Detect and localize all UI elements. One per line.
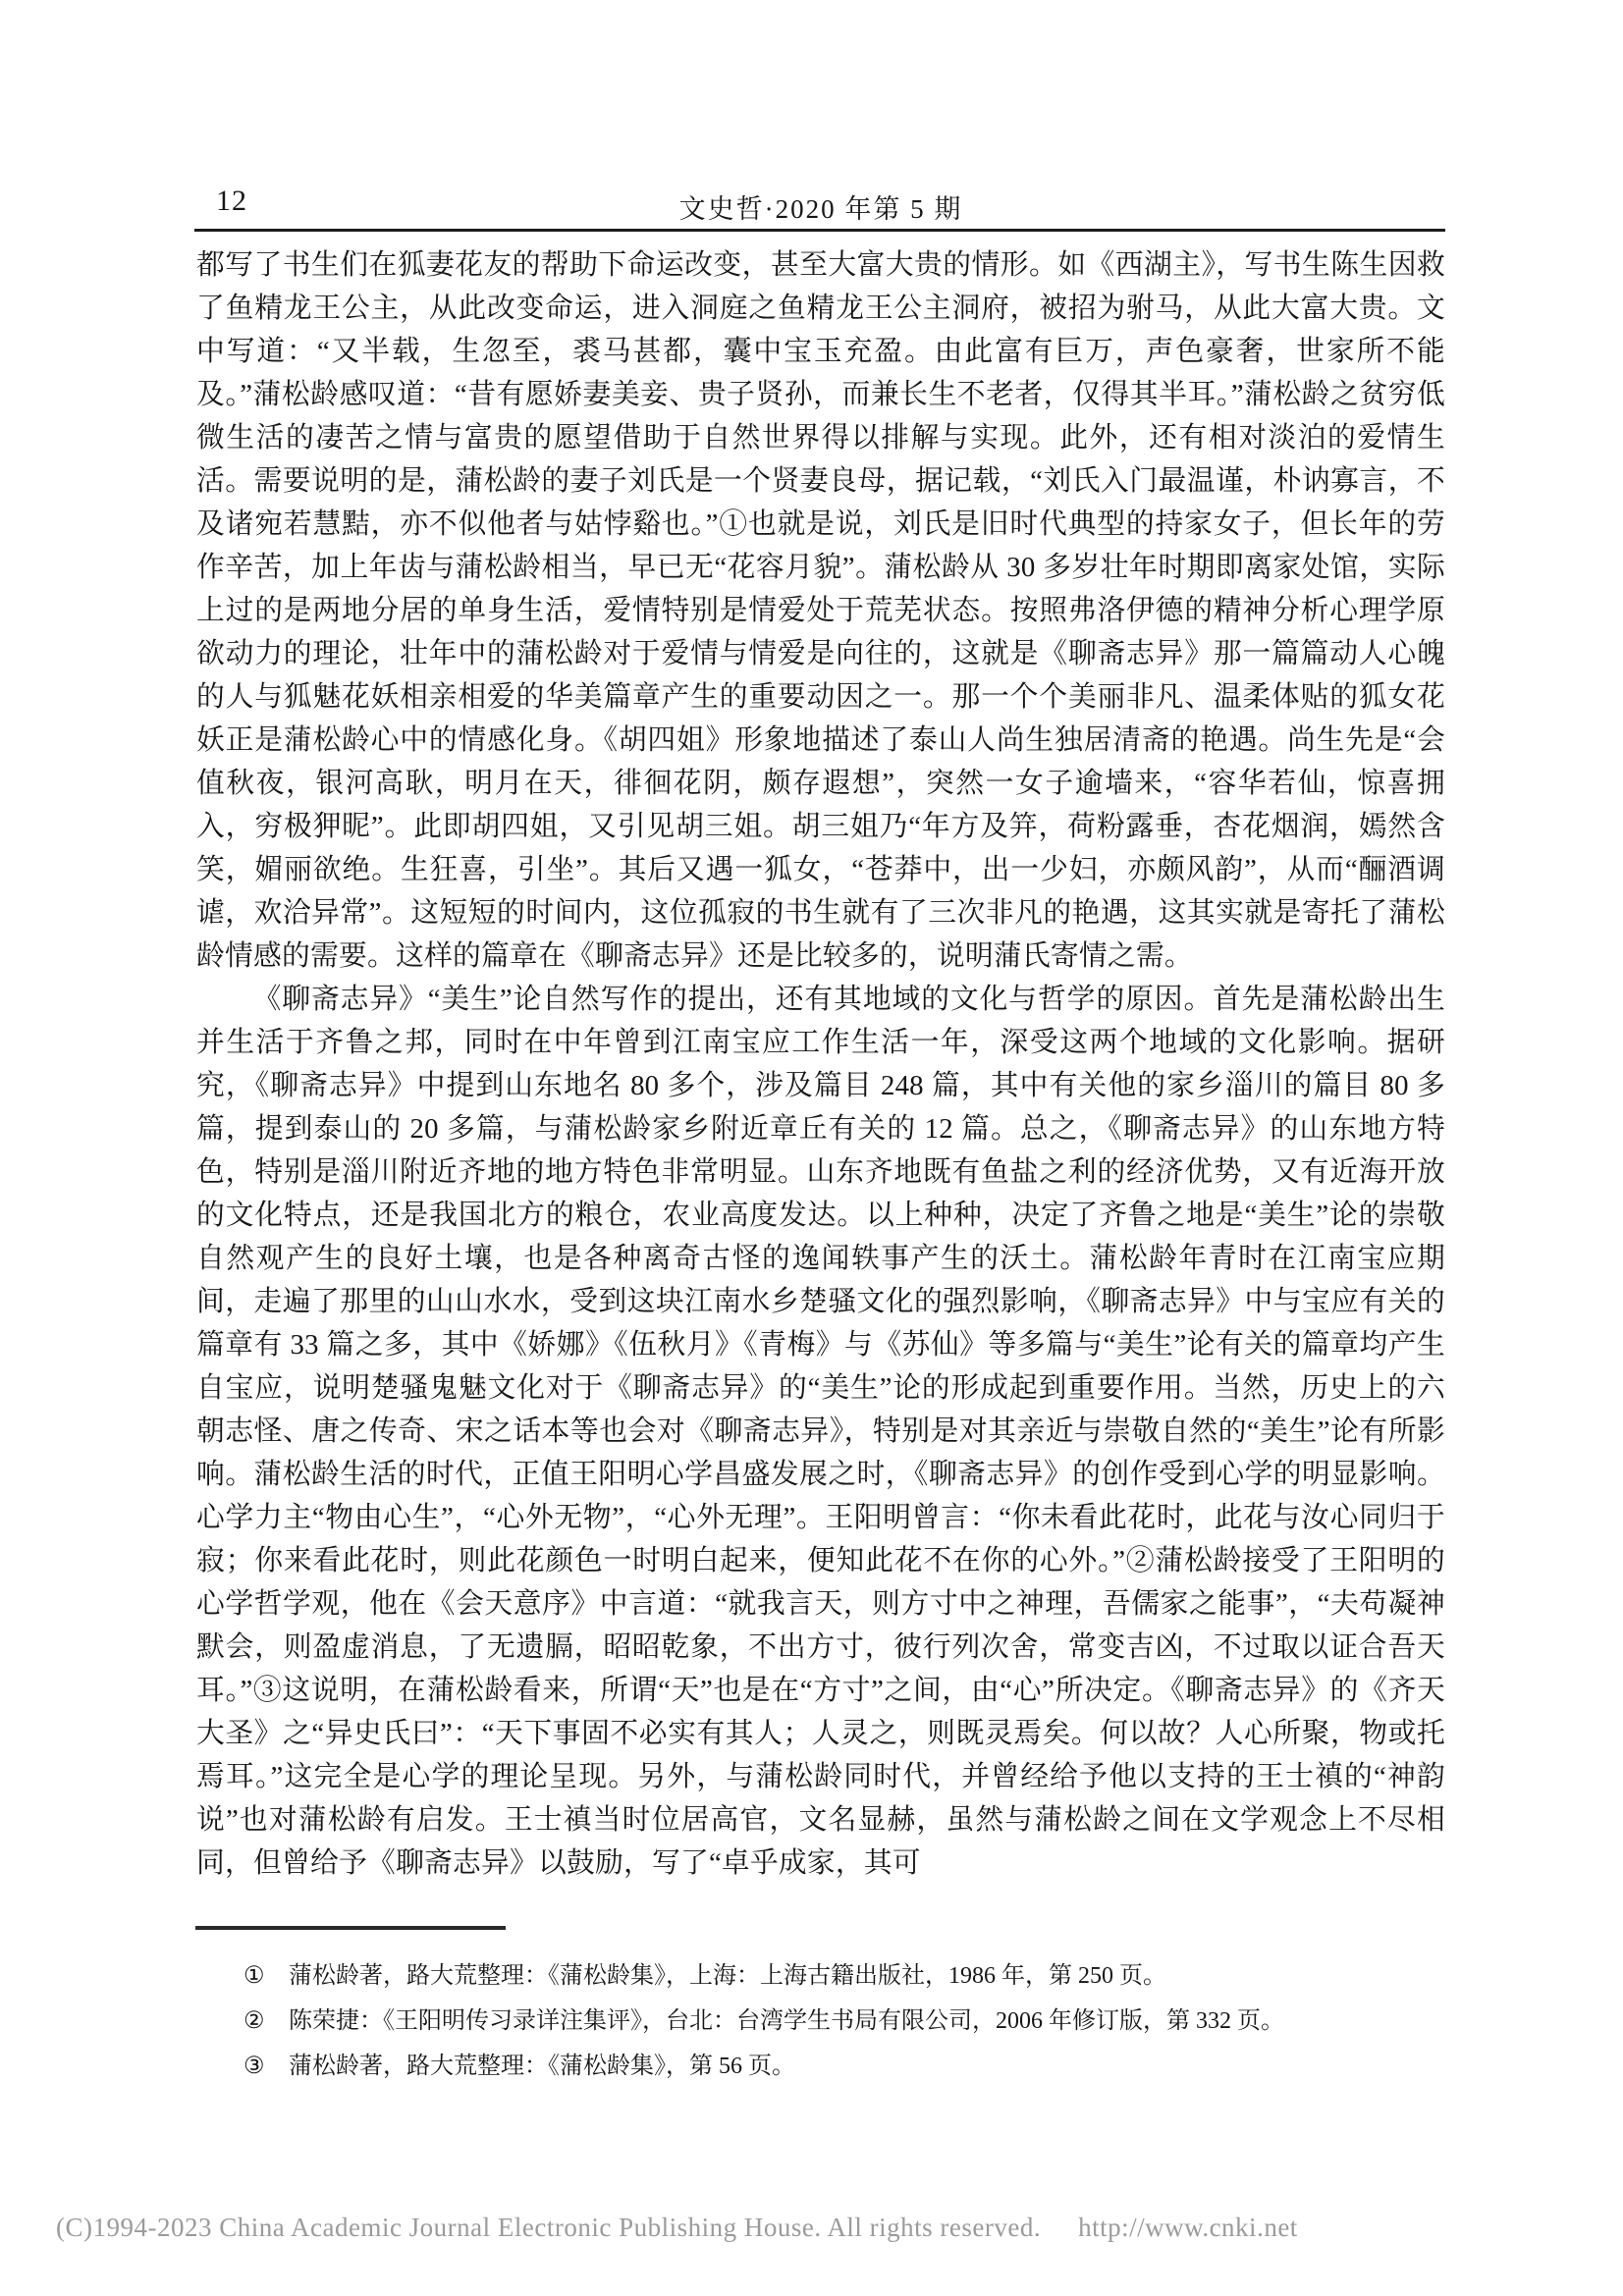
journal-page: 12 文史哲·2020 年第 5 期 都写了书生们在狐妻花友的帮助下命运改变，甚… — [0, 0, 1623, 2296]
footnote-marker: ③ — [243, 2044, 289, 2089]
footnote-list: ① 蒲松龄著，路大荒整理：《蒲松龄集》，上海：上海古籍出版社，1986 年，第 … — [243, 1953, 1402, 2089]
body-paragraph: 都写了书生们在狐妻花友的帮助下命运改变，甚至大富大贵的情形。如《西湖主》，写书生… — [196, 243, 1445, 978]
cnki-copyright-footer: (C)1994-2023 China Academic Journal Elec… — [56, 2213, 1584, 2243]
body-paragraph: 《聊斋志异》“美生”论自然写作的提出，还有其地域的文化与哲学的原因。首先是蒲松龄… — [196, 978, 1445, 1885]
page-header: 12 文史哲·2020 年第 5 期 — [196, 185, 1445, 224]
article-body: 都写了书生们在狐妻花友的帮助下命运改变，甚至大富大贵的情形。如《西湖主》，写书生… — [196, 243, 1445, 1885]
journal-title: 文史哲·2020 年第 5 期 — [196, 187, 1445, 226]
footnote-marker: ① — [243, 1953, 289, 1999]
footnote-text: 陈荣捷：《王阳明传习录详注集评》，台北：台湾学生书局有限公司，2006 年修订版… — [289, 1999, 1402, 2044]
footnote-divider — [195, 1926, 506, 1930]
footnote-item: ② 陈荣捷：《王阳明传习录详注集评》，台北：台湾学生书局有限公司，2006 年修… — [243, 1999, 1402, 2044]
footnote-item: ③ 蒲松龄著，路大荒整理：《蒲松龄集》，第 56 页。 — [243, 2044, 1402, 2089]
footnote-marker: ② — [243, 1999, 289, 2044]
footnote-text: 蒲松龄著，路大荒整理：《蒲松龄集》，上海：上海古籍出版社，1986 年，第 25… — [289, 1953, 1402, 1999]
footnote-text: 蒲松龄著，路大荒整理：《蒲松龄集》，第 56 页。 — [289, 2044, 1402, 2089]
copyright-text: (C)1994-2023 China Academic Journal Elec… — [56, 2213, 1041, 2242]
footnote-item: ① 蒲松龄著，路大荒整理：《蒲松龄集》，上海：上海古籍出版社，1986 年，第 … — [243, 1953, 1402, 1999]
header-divider — [194, 229, 1445, 232]
footer-url: http://www.cnki.net — [1078, 2213, 1298, 2242]
